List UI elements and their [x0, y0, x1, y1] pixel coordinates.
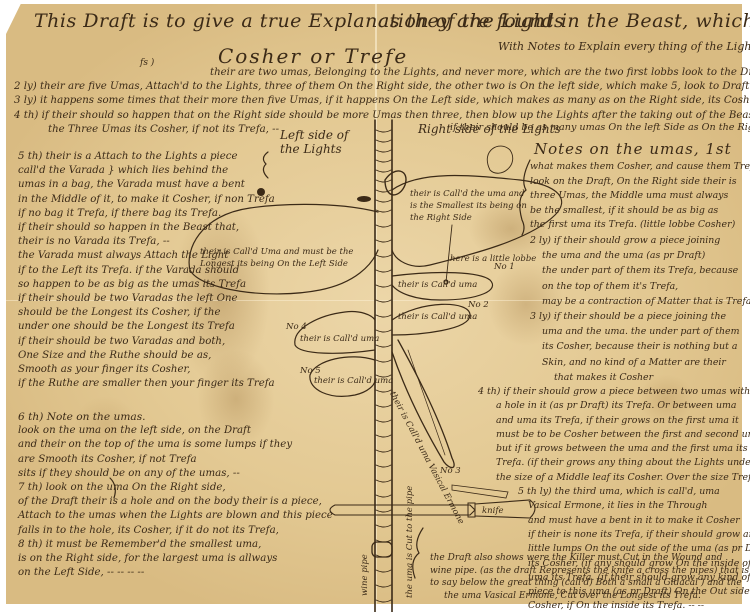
right-line: three Umas, the Middle uma must always: [530, 189, 750, 204]
left-note-heading: 6 th) Note on the umas.: [18, 410, 333, 424]
cut-label: the uma is Cut to the pipe: [405, 486, 415, 598]
right-column-upper: what makes them Cosher, and cause them T…: [530, 160, 750, 233]
right-line: 4 th) if their should grow a piece betwe…: [478, 385, 750, 399]
lobe-number-no2: No 2: [468, 300, 489, 310]
lobe-label-no5: their is Call'd uma: [314, 376, 393, 386]
left-note-line: 8 th) it must be Remember'd the smallest…: [18, 538, 333, 552]
lobe-label-no2: their is Call'd uma: [398, 312, 477, 322]
left-note-line: falls in to the hole, its Cosher, if it …: [18, 524, 333, 538]
left-line: Smooth as your finger its Cosher,: [18, 363, 275, 377]
footer-line: wine pipe. (as the draft Represents the …: [430, 565, 749, 578]
lobe-number-no5: No 5: [300, 366, 321, 376]
right-notes-heading: Notes on the umas, 1st: [534, 140, 732, 158]
right-line: if their is none its Trefa, if their sho…: [478, 528, 750, 542]
left-line: if the Ruthe are smaller then your finge…: [18, 377, 275, 391]
right-line: must be to be Cosher between the first a…: [478, 428, 750, 442]
left-note-line: 7 th) look on the uma On the Right side,: [18, 481, 333, 495]
right-line: on the top of them it's Trefa,: [530, 279, 750, 294]
lobe-label-no1: their is Call'd uma: [398, 280, 477, 290]
notes-heading: With Notes to Explain every thing of the…: [498, 40, 750, 53]
intro-line: 4 th) if their should so happen that on …: [14, 109, 750, 123]
document-title-right: as they are found in the Beast, which ma…: [378, 10, 750, 32]
left-note-line: on the Left Side, -- -- -- --: [18, 566, 333, 580]
intro-line: their are two umas, Belonging to the Lig…: [14, 66, 750, 80]
right-line: that makes it Cosher: [530, 370, 750, 385]
right-side-label: Right side of the Lights: [418, 122, 561, 136]
lobe-number-no4: No 4: [286, 322, 307, 332]
right-line: be the smallest, if it should be as big …: [530, 204, 750, 219]
right-line: look on the Draft, On the Right side the…: [530, 175, 750, 190]
left-line: in the Middle of it, to make it Cosher, …: [18, 193, 275, 207]
footer-line: the Draft also shows were the Killer mus…: [430, 552, 749, 565]
right-line: and uma its Trefa, if their grows on the…: [478, 414, 750, 428]
right-line: but if it grows between the uma and the …: [478, 442, 750, 456]
right-line: Trefa. (if their grows any thing about t…: [478, 456, 750, 470]
knife-label: knife: [482, 506, 504, 516]
left-notes-text: 6 th) Note on the umas. look on the uma …: [18, 410, 333, 580]
left-note-line: sits if they should be on any of the uma…: [18, 467, 333, 481]
footer-notes: the Draft also shows were the Killer mus…: [430, 552, 749, 602]
left-line: so happen to be as big as the umas its T…: [18, 278, 275, 292]
left-line: under one should be the Longest its Tref…: [18, 320, 275, 334]
left-line: 5 th) their is a Attach to the Lights a …: [18, 150, 275, 164]
right-line: its Cosher, because their is nothing but…: [530, 339, 750, 354]
lobe-label-no4: their is Call'd uma: [300, 334, 379, 344]
right-line: and must have a bent in it to make it Co…: [478, 514, 750, 528]
right-line: may be a contraction of Matter that is T…: [530, 294, 750, 309]
left-line: umas in a bag, the Varada must have a be…: [18, 178, 275, 192]
document-subtitle: Cosher or Trefe: [218, 44, 408, 68]
little-lobe-label: here is a little lobbe: [450, 254, 536, 264]
intro-line: 2 ly) their are five Umas, Attach'd to t…: [14, 80, 750, 94]
right-line: the under part of them its Trefa, becaus…: [530, 263, 750, 278]
left-line: One Size and the Ruthe should be as,: [18, 349, 275, 363]
left-note-line: and their on the top of the uma is some …: [18, 438, 333, 452]
left-line: if their should be two Varadas the left …: [18, 292, 275, 306]
right-line: a hole in it (as pr Draft) its Trefa. Or…: [478, 399, 750, 413]
left-line: if their should be two Varadas and both,: [18, 335, 275, 349]
right-line: the size of a Middle leaf its Cosher. Ov…: [478, 471, 750, 485]
right-line: 2 ly) if their should grow a piece joini…: [530, 233, 750, 248]
intro-line: 3 ly) it happens some times that their m…: [14, 94, 750, 108]
right-line: Vasical Ermone, it lies in the Through: [478, 499, 750, 513]
lobe-number-no3: No 3: [440, 466, 461, 476]
right-line: the uma and the uma (as pr Draft): [530, 248, 750, 263]
windpipe-label: wine pipe: [360, 554, 370, 596]
left-note-line: are Smooth its Cosher, if not Trefa: [18, 453, 333, 467]
left-note-line: is on the Right side, for the largest um…: [18, 552, 333, 566]
right-line: 5 th ly) the third uma, which is call'd,…: [478, 485, 750, 499]
right-line: what makes them Cosher, and cause them T…: [530, 160, 750, 175]
left-note-line: Attach to the umas when the Lights are b…: [18, 509, 333, 523]
left-line: if their should so happen in the Beast t…: [18, 221, 275, 235]
right-line: the first uma its Trefa. (little lobbe C…: [530, 218, 750, 233]
right-column-middle: 2 ly) if their should grow a piece joini…: [530, 233, 750, 385]
lobe-label-left-large: their is Call'd Uma and must be the Long…: [200, 246, 370, 270]
left-column-text: 5 th) their is a Attach to the Lights a …: [18, 150, 275, 391]
left-line: if no bag it Trefa, if there bag its Tre…: [18, 207, 275, 221]
lobe-label-right-upper: their is Call'd the uma and is the Small…: [410, 188, 530, 224]
left-line: call'd the Varada } which lies behind th…: [18, 164, 275, 178]
left-note-line: look on the uma on the left side, on the…: [18, 424, 333, 438]
left-line: should be the Longest its Cosher, if the: [18, 306, 275, 320]
right-line: 3 ly) if their should be a piece joining…: [530, 309, 750, 324]
footer-line: to say below the great thing (call'd) Bo…: [430, 577, 749, 590]
right-line: uma and the uma. the under part of them: [530, 324, 750, 339]
left-side-label: Left side of the Lights: [280, 128, 360, 156]
right-line: Skin, and no kind of a Matter are their: [530, 355, 750, 370]
footer-line: the uma Vasical Ermone, Cut over the Lon…: [430, 590, 749, 603]
left-note-line: of the Draft their is a hole and on the …: [18, 495, 333, 509]
